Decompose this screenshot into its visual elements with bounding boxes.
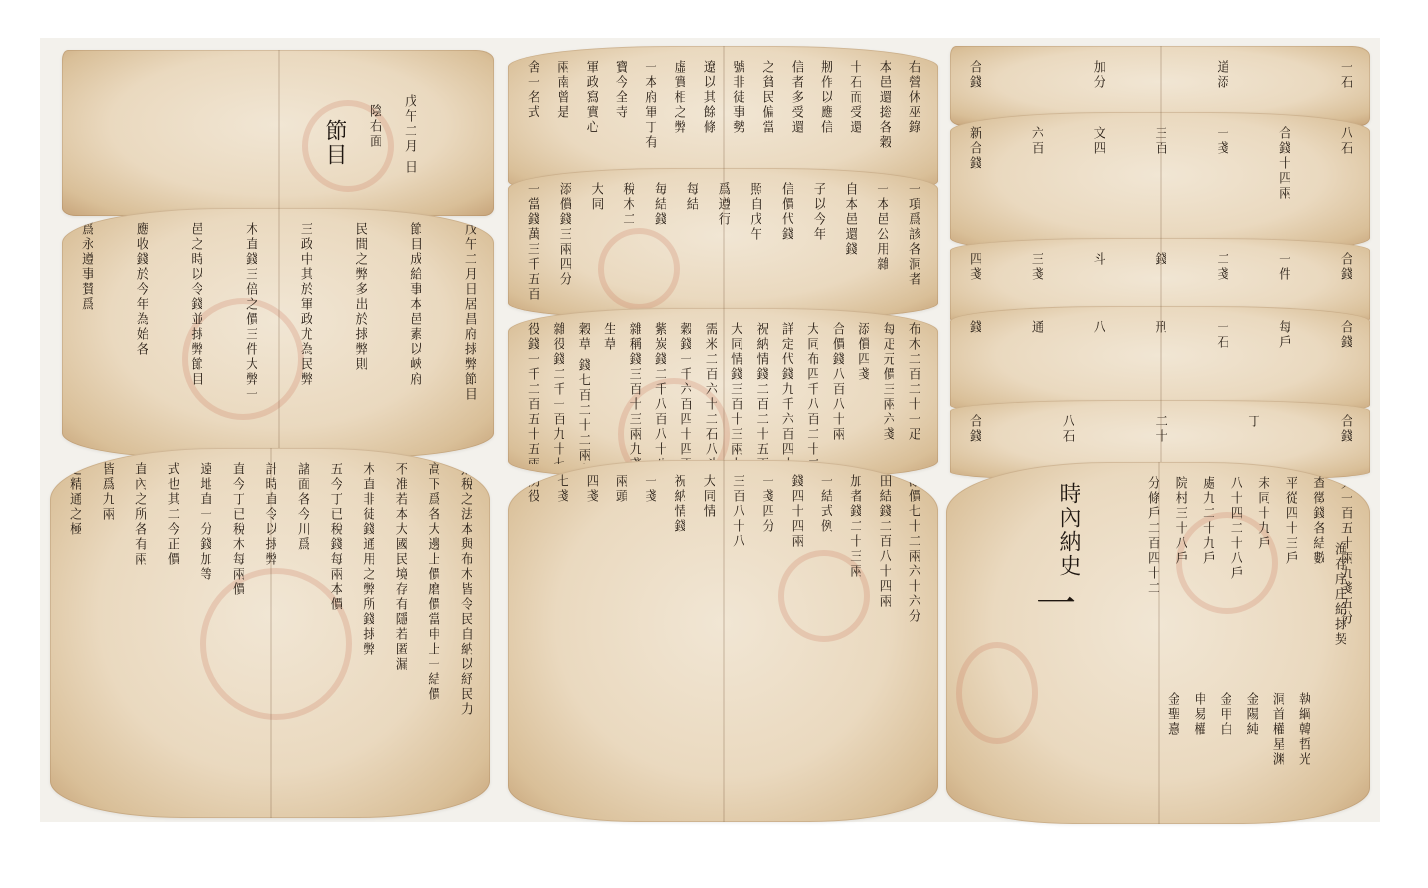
text-column: 木直錢三倍之價三件大弊一 <box>244 222 257 444</box>
signature: 金聖憙 <box>1166 692 1179 804</box>
text-column: 雜稱錢三百十三兩九戔四分 <box>628 322 641 464</box>
text-column: 照自戊午 <box>748 182 761 304</box>
text-column: 查徵錢各結數 <box>1311 476 1324 704</box>
text-column: 四戔 <box>968 252 981 314</box>
manuscript-sheet-left-2: 戊午二月日居昌府捄弊節目 節目成給事本邑素以峽府 民間之弊多出於捄弊則 三政中其… <box>62 208 494 458</box>
text-column: 錢四十四兩 <box>790 474 803 642</box>
text-column: 處九二十九戶 <box>1201 476 1214 704</box>
text-column: 爲遵行 <box>717 182 730 304</box>
date-column: 戊午二月 日 <box>403 94 416 202</box>
text-column: 一石 <box>1339 60 1352 112</box>
text-column: 加者錢二十三兩 <box>848 474 861 642</box>
text-column: 合錢十四兩 <box>1277 126 1290 238</box>
text-column: 穀錢一千六百四十四兩六分 <box>678 322 691 464</box>
text-column: 防役 <box>526 474 539 642</box>
text-column: 七戔 <box>555 474 568 642</box>
text-column: 右營休巫錄 <box>907 60 920 182</box>
text-column: 八十四二十八戶 <box>1229 476 1242 704</box>
text-column: 八石 <box>1061 414 1074 466</box>
text-column: 戊午二月日居昌府捄弊節目 <box>463 222 476 444</box>
text-column: 穀草 錢七百二十二兩六分 <box>577 322 590 464</box>
text-column: 添償四戔 <box>856 322 869 464</box>
signature: 申易權 <box>1192 692 1205 804</box>
manuscript-sheet-right-6: 大一百五十兩九戔五分 查徵錢各結數 平從四十三戶 未同十九戶 八十四二十八戶 處… <box>946 462 1370 824</box>
text-column: 一件 <box>1277 252 1290 314</box>
text-column: 應收錢於今年為始各 <box>135 222 148 444</box>
text-column: 一當錢萬三千五百 <box>526 182 539 304</box>
text-column: 一本邑公用雜 <box>875 182 888 304</box>
text-column: 斗 <box>1092 252 1105 314</box>
text-column: 每疋元價三兩六戔 <box>881 322 894 464</box>
text-column: 自本邑還錢 <box>844 182 857 304</box>
text-column: 木直非徒錢通用之弊所錢捄弊 <box>361 462 374 804</box>
text-column: 軍政寫實心 <box>585 60 598 182</box>
text-column: 三政中其於軍政尤為民弊 <box>299 222 312 444</box>
text-column: 一本府軍丁有 <box>643 60 656 182</box>
text-column: 平從四十三戶 <box>1284 476 1297 704</box>
document-title: 節目 <box>322 119 346 202</box>
text-column: 一項爲該各洞者 <box>907 182 920 304</box>
text-column: 需米二百六十二石八斗 <box>704 322 717 464</box>
text-column: 分條戶二百四十二 <box>1146 476 1159 704</box>
text-column: 毎結錢 <box>653 182 666 304</box>
text-column: 之貧民偏當 <box>760 60 773 182</box>
text-column: 生草 <box>602 322 615 464</box>
text-column: 布木二百二十一疋 <box>907 322 920 464</box>
text-column: 虛實相之弊 <box>672 60 685 182</box>
text-column: 合錢 <box>968 60 981 112</box>
text-column: 八 <box>1092 320 1105 402</box>
text-column: 每戶 <box>1277 320 1290 402</box>
signature: 金陽純 <box>1245 692 1258 804</box>
text-column: 合錢 <box>1339 320 1352 402</box>
text-column: 大同情錢三百十三兩九戔四分 <box>729 322 742 464</box>
text-column: 祝納情錢 <box>672 474 685 642</box>
text-column: 稅木二 <box>621 182 634 304</box>
text-column: 節目成給事本邑素以峽府 <box>408 222 421 444</box>
text-column: 三百 <box>1153 126 1166 238</box>
text-column: 十石而受還 <box>848 60 861 182</box>
text-column: 未同十九戶 <box>1256 476 1269 704</box>
text-column: 錢 <box>1153 252 1166 314</box>
text-column: 大同情 <box>702 474 715 642</box>
text-column: 丁 <box>1246 414 1259 466</box>
text-column: 祝納情錢二百二十五兩六戔 <box>755 322 768 464</box>
text-column: 一戔 <box>643 474 656 642</box>
manuscript-sheet-middle-2: 一項爲該各洞者 一本邑公用雜 自本邑還錢 子以今年 信價代錢 照自戊午 爲遵行 … <box>508 168 938 318</box>
text-column: 院村三十八戶 <box>1174 476 1187 704</box>
text-column: 每結 <box>685 182 698 304</box>
side-note: 渔存序庄給捄契 <box>1333 542 1346 682</box>
text-column: 諸面各今川爲 <box>296 462 309 804</box>
text-column: 不准若本大國民境存有隱若匿漏 <box>394 462 407 804</box>
text-column: 計時直令以捄弊 <box>263 462 276 804</box>
text-column: 八石 <box>1339 126 1352 238</box>
text-column: 一戔 <box>1215 126 1228 238</box>
text-column: 兩頭 <box>614 474 627 642</box>
text-column: 道添 <box>1215 60 1228 112</box>
text-column: 邑之時以令錢並捄弊節目 <box>189 222 202 444</box>
text-column: 合錢 <box>968 414 981 466</box>
text-column: 遠地直一分錢加等 <box>198 462 211 804</box>
text-column: 皆爲九兩 <box>101 462 114 804</box>
text-column: 六百 <box>1030 126 1043 238</box>
text-column: 雜役錢二千一百九十七兩 <box>551 322 564 464</box>
text-column: 五今丁已稅錢每兩本價 <box>329 462 342 804</box>
text-column: 三戔 <box>1030 252 1043 314</box>
text-column: 照稅之法本與布木皆令民自納以紓民力 <box>459 462 472 804</box>
stain <box>956 642 1038 744</box>
text-column: 合錢 <box>1339 252 1352 314</box>
text-column: 四戔 <box>585 474 598 642</box>
text-column: 合價錢八百八十兩 <box>831 322 844 464</box>
text-column: 加分 <box>1092 60 1105 112</box>
text-column: 直今丁已稅木每兩價 <box>231 462 244 804</box>
text-column: 詳定代錢九千六百四十 <box>780 322 793 464</box>
text-column: 合錢 <box>1339 414 1352 466</box>
text-column: 三百八十八 <box>731 474 744 642</box>
text-column: 添價七十二兩六十六分 <box>907 474 920 642</box>
text-column: 二十 <box>1154 414 1167 466</box>
brush-mark: 一 <box>1036 572 1076 629</box>
text-column: 直內之所各有兩 <box>133 462 146 804</box>
signature: 金甲白 <box>1218 692 1231 804</box>
text-column: 爲永遵事賛爲 <box>80 222 93 444</box>
text-column: 舍一名式 <box>526 60 539 182</box>
manuscript-sheet-middle-4: 添價七十二兩六十六分 田結錢二百八十四兩 加者錢二十三兩 一結式例 錢四十四兩 … <box>508 460 938 822</box>
text-column: 之精通之極 <box>68 462 81 804</box>
signature: 洞首權星渊 <box>1271 692 1284 804</box>
text-column: 添償錢三兩四分 <box>558 182 571 304</box>
text-column: 新合錢 <box>968 126 981 238</box>
manuscript-sheet-middle-3: 布木二百二十一疋 每疋元價三兩六戔 添償四戔 合價錢八百八十兩 大同布四千八百二… <box>508 308 938 478</box>
text-column: 一石 <box>1215 320 1228 402</box>
text-column: 田結錢二百八十四兩 <box>878 474 891 642</box>
text-column: 信者多受還 <box>790 60 803 182</box>
text-column: 一戔四分 <box>760 474 773 642</box>
title-sheet: 戊午二月 日 陰右面 節目 <box>62 50 494 216</box>
manuscript-sheet-right-2: 八石 合錢十四兩 一戔 三百 文四 六百 新合錢 <box>950 112 1370 252</box>
text-column: 紫炭錢二千八百八十八兩 <box>653 322 666 464</box>
text-column: 號非徒事勢 <box>731 60 744 182</box>
text-column: 大同 <box>590 182 603 304</box>
text-column: 文四 <box>1092 126 1105 238</box>
text-column: 一結式例 <box>819 474 832 642</box>
signature: 執綱韓哲光 <box>1297 692 1310 804</box>
text-column: 刱作以應信 <box>819 60 832 182</box>
text-column: 本邑還捴各穀 <box>878 60 891 182</box>
text-column: 通 <box>1030 320 1043 402</box>
text-column: 役錢一千二百五十五兩七戔六分 <box>526 322 539 464</box>
manuscript-sheet-left-3: 照稅之法本與布木皆令民自納以紓民力 高下爲各大邊上價磨價當申上一結價 不准若本大… <box>50 448 490 818</box>
text-column: 二戔 <box>1215 252 1228 314</box>
text-column: 信價代錢 <box>780 182 793 304</box>
text-column: 遼以其餘條 <box>702 60 715 182</box>
text-column: 刑 <box>1153 320 1166 402</box>
text-column: 寶今全寺 <box>614 60 627 182</box>
text-column: 大同布四千八百二十二疋 <box>805 322 818 464</box>
text-column: 高下爲各大邊上價磨價當申上一結價 <box>426 462 439 804</box>
text-column: 民間之弊多出於捄弊則 <box>354 222 367 444</box>
text-column: 式也其二今正價 <box>166 462 179 804</box>
text-column: 錢 <box>968 320 981 402</box>
office-column: 陰右面 <box>368 104 381 202</box>
text-column: 子以今年 <box>812 182 825 304</box>
text-column: 兩南曾是 <box>555 60 568 182</box>
